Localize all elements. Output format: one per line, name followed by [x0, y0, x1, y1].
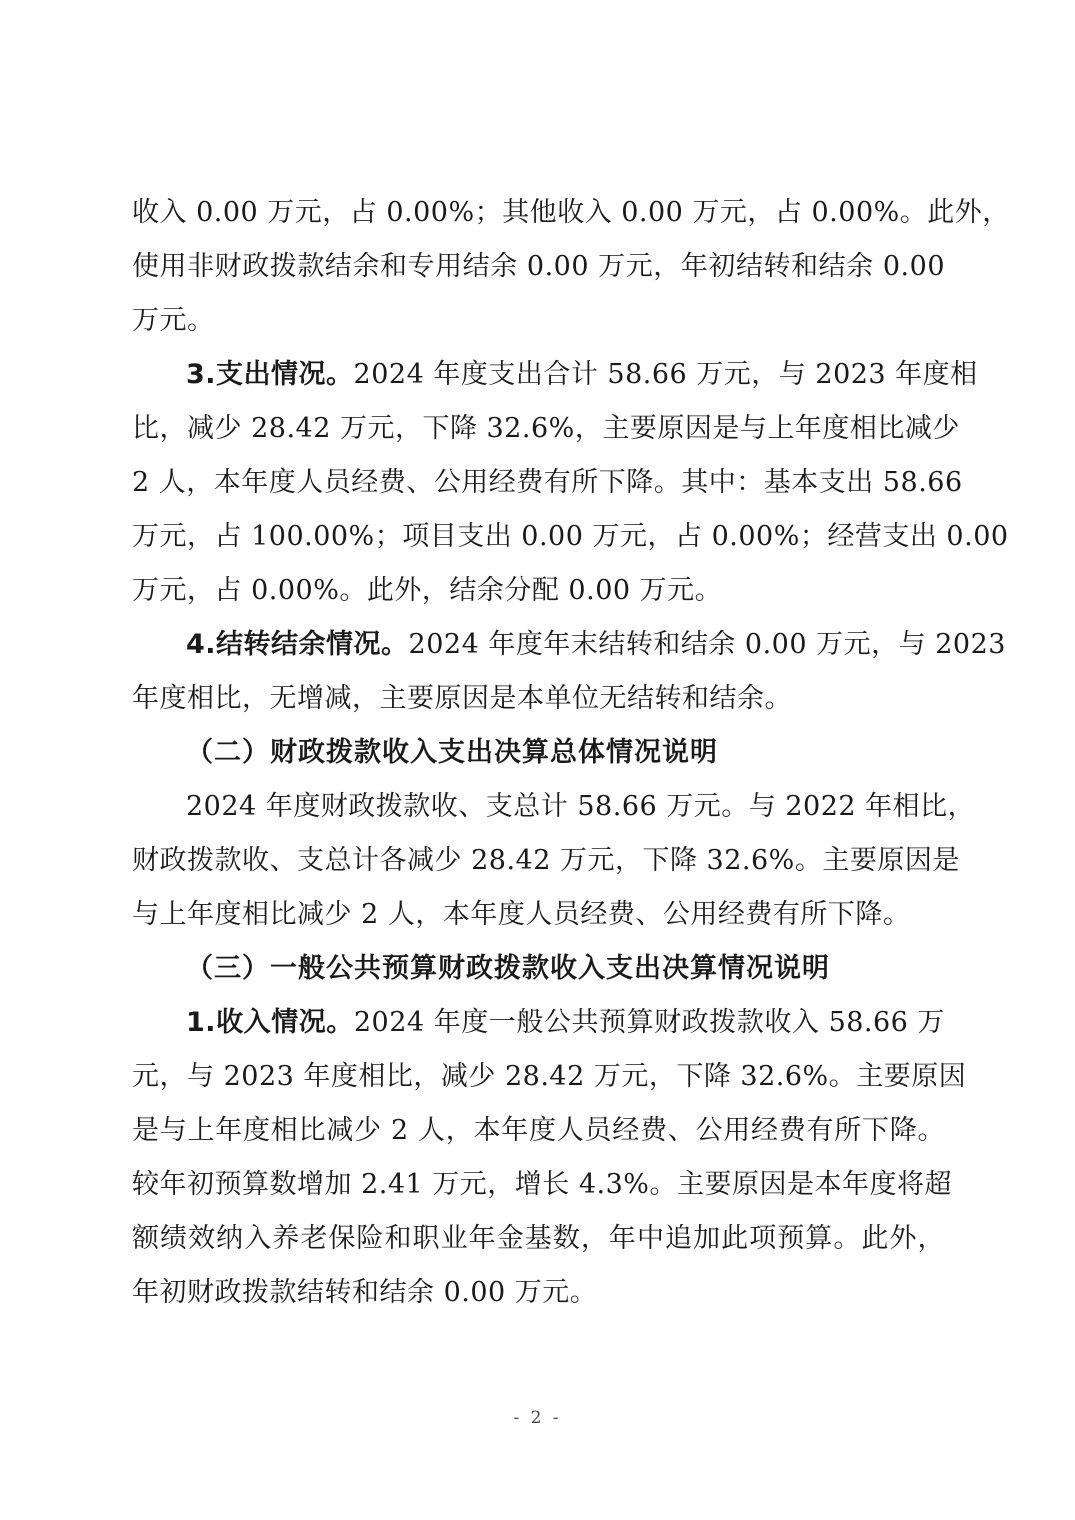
text-line: 万元。: [132, 304, 945, 338]
text-line: 2024 年度财政拨款收、支总计 58.66 万元。与 2022 年相比，: [186, 790, 945, 824]
text-line: 与上年度相比减少 2 人，本年度人员经费、公用经费有所下降。: [132, 898, 945, 932]
text-line: 财政拨款收、支总计各减少 28.42 万元，下降 32.6%。主要原因是: [132, 844, 945, 878]
text-line: 较年初预算数增加 2.41 万元，增长 4.3%。主要原因是本年度将超: [132, 1168, 945, 1202]
paragraph-first-line: 3.支出情况。2024 年度支出合计 58.66 万元，与 2023 年度相: [186, 358, 945, 392]
paragraph-lead-heading: 3.支出情况。: [186, 359, 354, 390]
section-heading-2: （二）财政拨款收入支出决算总体情况说明: [186, 736, 718, 770]
text-span: 2024 年度年末结转和结余 0.00 万元，与 2023: [409, 629, 1006, 660]
paragraph-lead-heading: 1.收入情况。: [186, 1007, 354, 1038]
text-line: 是与上年度相比减少 2 人，本年度人员经费、公用经费有所下降。: [132, 1114, 945, 1148]
text-line: 收入 0.00 万元，占 0.00%；其他收入 0.00 万元，占 0.00%。…: [132, 196, 945, 230]
text-span: 2024 年度支出合计 58.66 万元，与 2023 年度相: [354, 359, 978, 390]
paragraph-first-line: 1.收入情况。2024 年度一般公共预算财政拨款收入 58.66 万: [186, 1006, 945, 1040]
text-span: 2024 年度一般公共预算财政拨款收入 58.66 万: [354, 1007, 945, 1038]
text-line: 使用非财政拨款结余和专用结余 0.00 万元，年初结转和结余 0.00: [132, 250, 945, 284]
text-line: 万元，占 0.00%。此外，结余分配 0.00 万元。: [132, 574, 945, 608]
text-line: 比，减少 28.42 万元，下降 32.6%，主要原因是与上年度相比减少: [132, 412, 945, 446]
text-line: 年初财政拨款结转和结余 0.00 万元。: [132, 1276, 945, 1310]
text-line: 2 人，本年度人员经费、公用经费有所下降。其中：基本支出 58.66: [132, 466, 945, 500]
text-line: 万元，占 100.00%；项目支出 0.00 万元，占 0.00%；经营支出 0…: [132, 520, 945, 554]
document-page: 收入 0.00 万元，占 0.00%；其他收入 0.00 万元，占 0.00%。…: [0, 0, 1075, 1520]
section-heading-3: （三）一般公共预算财政拨款收入支出决算情况说明: [186, 952, 830, 986]
paragraph-lead-heading: 4.结转结余情况。: [186, 629, 409, 660]
text-line: 额绩效纳入养老保险和职业年金基数，年中追加此项预算。此外，: [132, 1222, 945, 1256]
page-number: - 2 -: [0, 1408, 1075, 1428]
paragraph-first-line: 4.结转结余情况。2024 年度年末结转和结余 0.00 万元，与 2023: [186, 628, 945, 662]
text-line: 年度相比，无增减，主要原因是本单位无结转和结余。: [132, 682, 945, 716]
text-line: 元，与 2023 年度相比，减少 28.42 万元，下降 32.6%。主要原因: [132, 1060, 945, 1094]
